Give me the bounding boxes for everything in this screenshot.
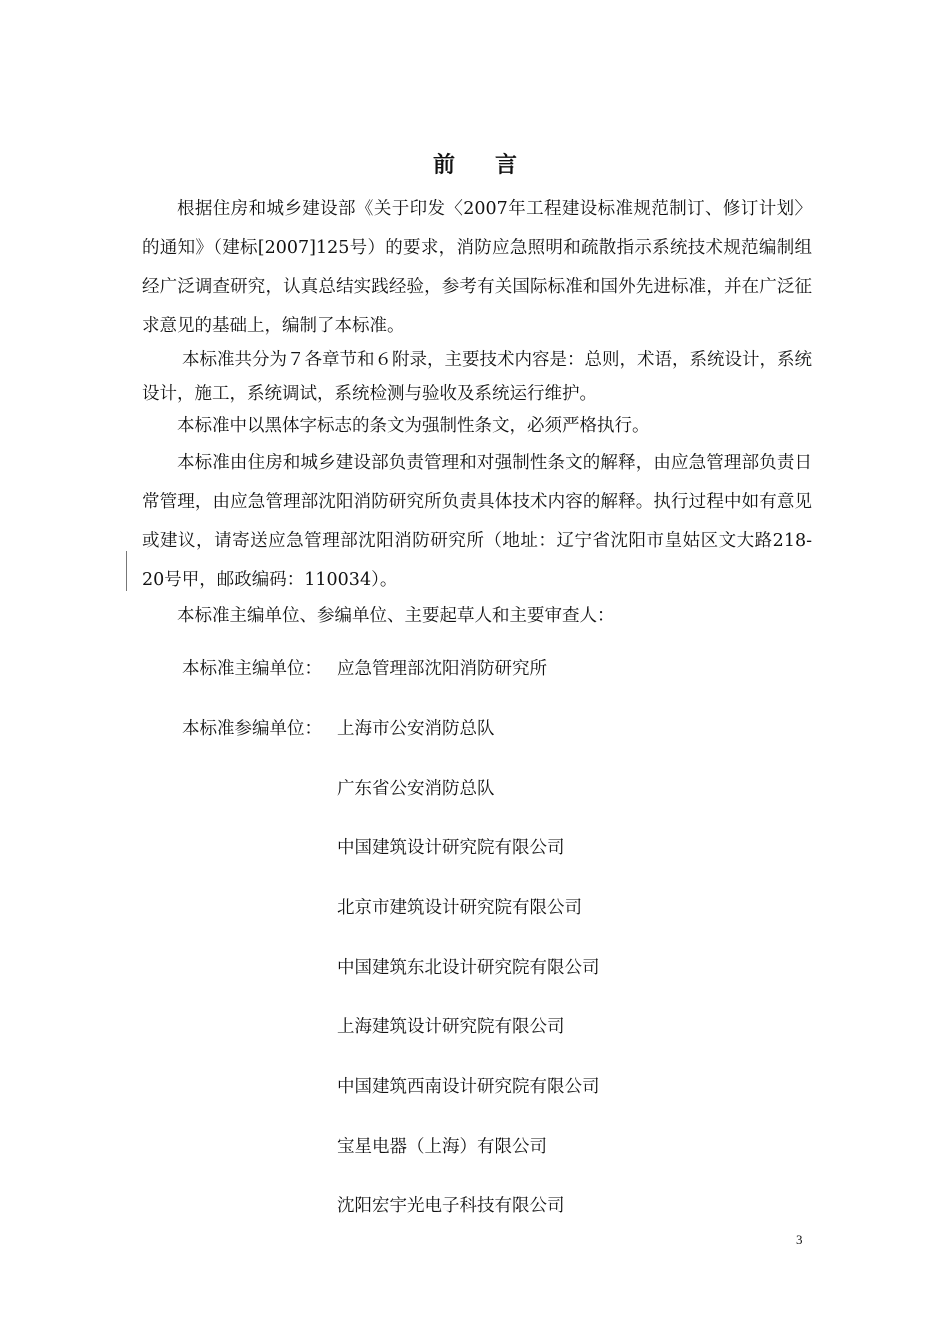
paragraph-contents: 本标准共分为７各章节和６附录，主要技术内容是：总则，术语，系统设计，系统设计，施… [142,343,812,411]
participating-unit-row: 上海建筑设计研究院有限公司 [182,1015,565,1039]
document-page: 前言 根据住房和城乡建设部《关于印发〈2007年工程建设标准规范制订、修订计划〉… [0,0,950,1344]
participating-unit-row: 沈阳宏宇光电子科技有限公司 [182,1194,565,1218]
chief-editor-value: 应急管理部沈阳消防研究所 [337,657,547,681]
participating-unit-row: 中国建筑东北设计研究院有限公司 [182,956,600,980]
participating-unit: 中国建筑西南设计研究院有限公司 [337,1075,600,1099]
participating-unit-row: 中国建筑设计研究院有限公司 [182,836,565,860]
participating-unit: 上海建筑设计研究院有限公司 [337,1015,565,1039]
chief-editor-row: 本标准主编单位： 应急管理部沈阳消防研究所 [182,657,547,681]
paragraph-management: 本标准由住房和城乡建设部负责管理和对强制性条文的解释，由应急管理部负责日常管理，… [142,444,812,600]
participating-unit-row: 北京市建筑设计研究院有限公司 [182,896,582,920]
paragraph-mandatory: 本标准中以黑体字标志的条文为强制性条文，必须严格执行。 [142,407,812,446]
paragraph-background: 根据住房和城乡建设部《关于印发〈2007年工程建设标准规范制订、修订计划〉的通知… [142,190,812,346]
participating-unit: 中国建筑东北设计研究院有限公司 [337,956,600,980]
participating-unit: 宝星电器（上海）有限公司 [337,1135,547,1159]
participating-unit: 上海市公安消防总队 [337,717,495,741]
participating-unit: 沈阳宏宇光电子科技有限公司 [337,1194,565,1218]
page-number: 3 [796,1232,803,1248]
chief-editor-label: 本标准主编单位： [182,657,337,681]
paragraph-units-intro: 本标准主编单位、参编单位、主要起草人和主要审查人： [142,597,812,636]
participating-unit-row: 中国建筑西南设计研究院有限公司 [182,1075,600,1099]
participating-units-label: 本标准参编单位： [182,717,337,741]
participating-unit-row: 广东省公安消防总队 [182,777,495,801]
revision-margin-bar [126,551,127,591]
participating-unit-row: 本标准参编单位： 上海市公安消防总队 [182,717,495,741]
participating-unit: 广东省公安消防总队 [337,777,495,801]
participating-unit-row: 宝星电器（上海）有限公司 [182,1135,547,1159]
participating-unit: 北京市建筑设计研究院有限公司 [337,896,582,920]
participating-unit: 中国建筑设计研究院有限公司 [337,836,565,860]
page-title: 前言 [0,150,950,180]
